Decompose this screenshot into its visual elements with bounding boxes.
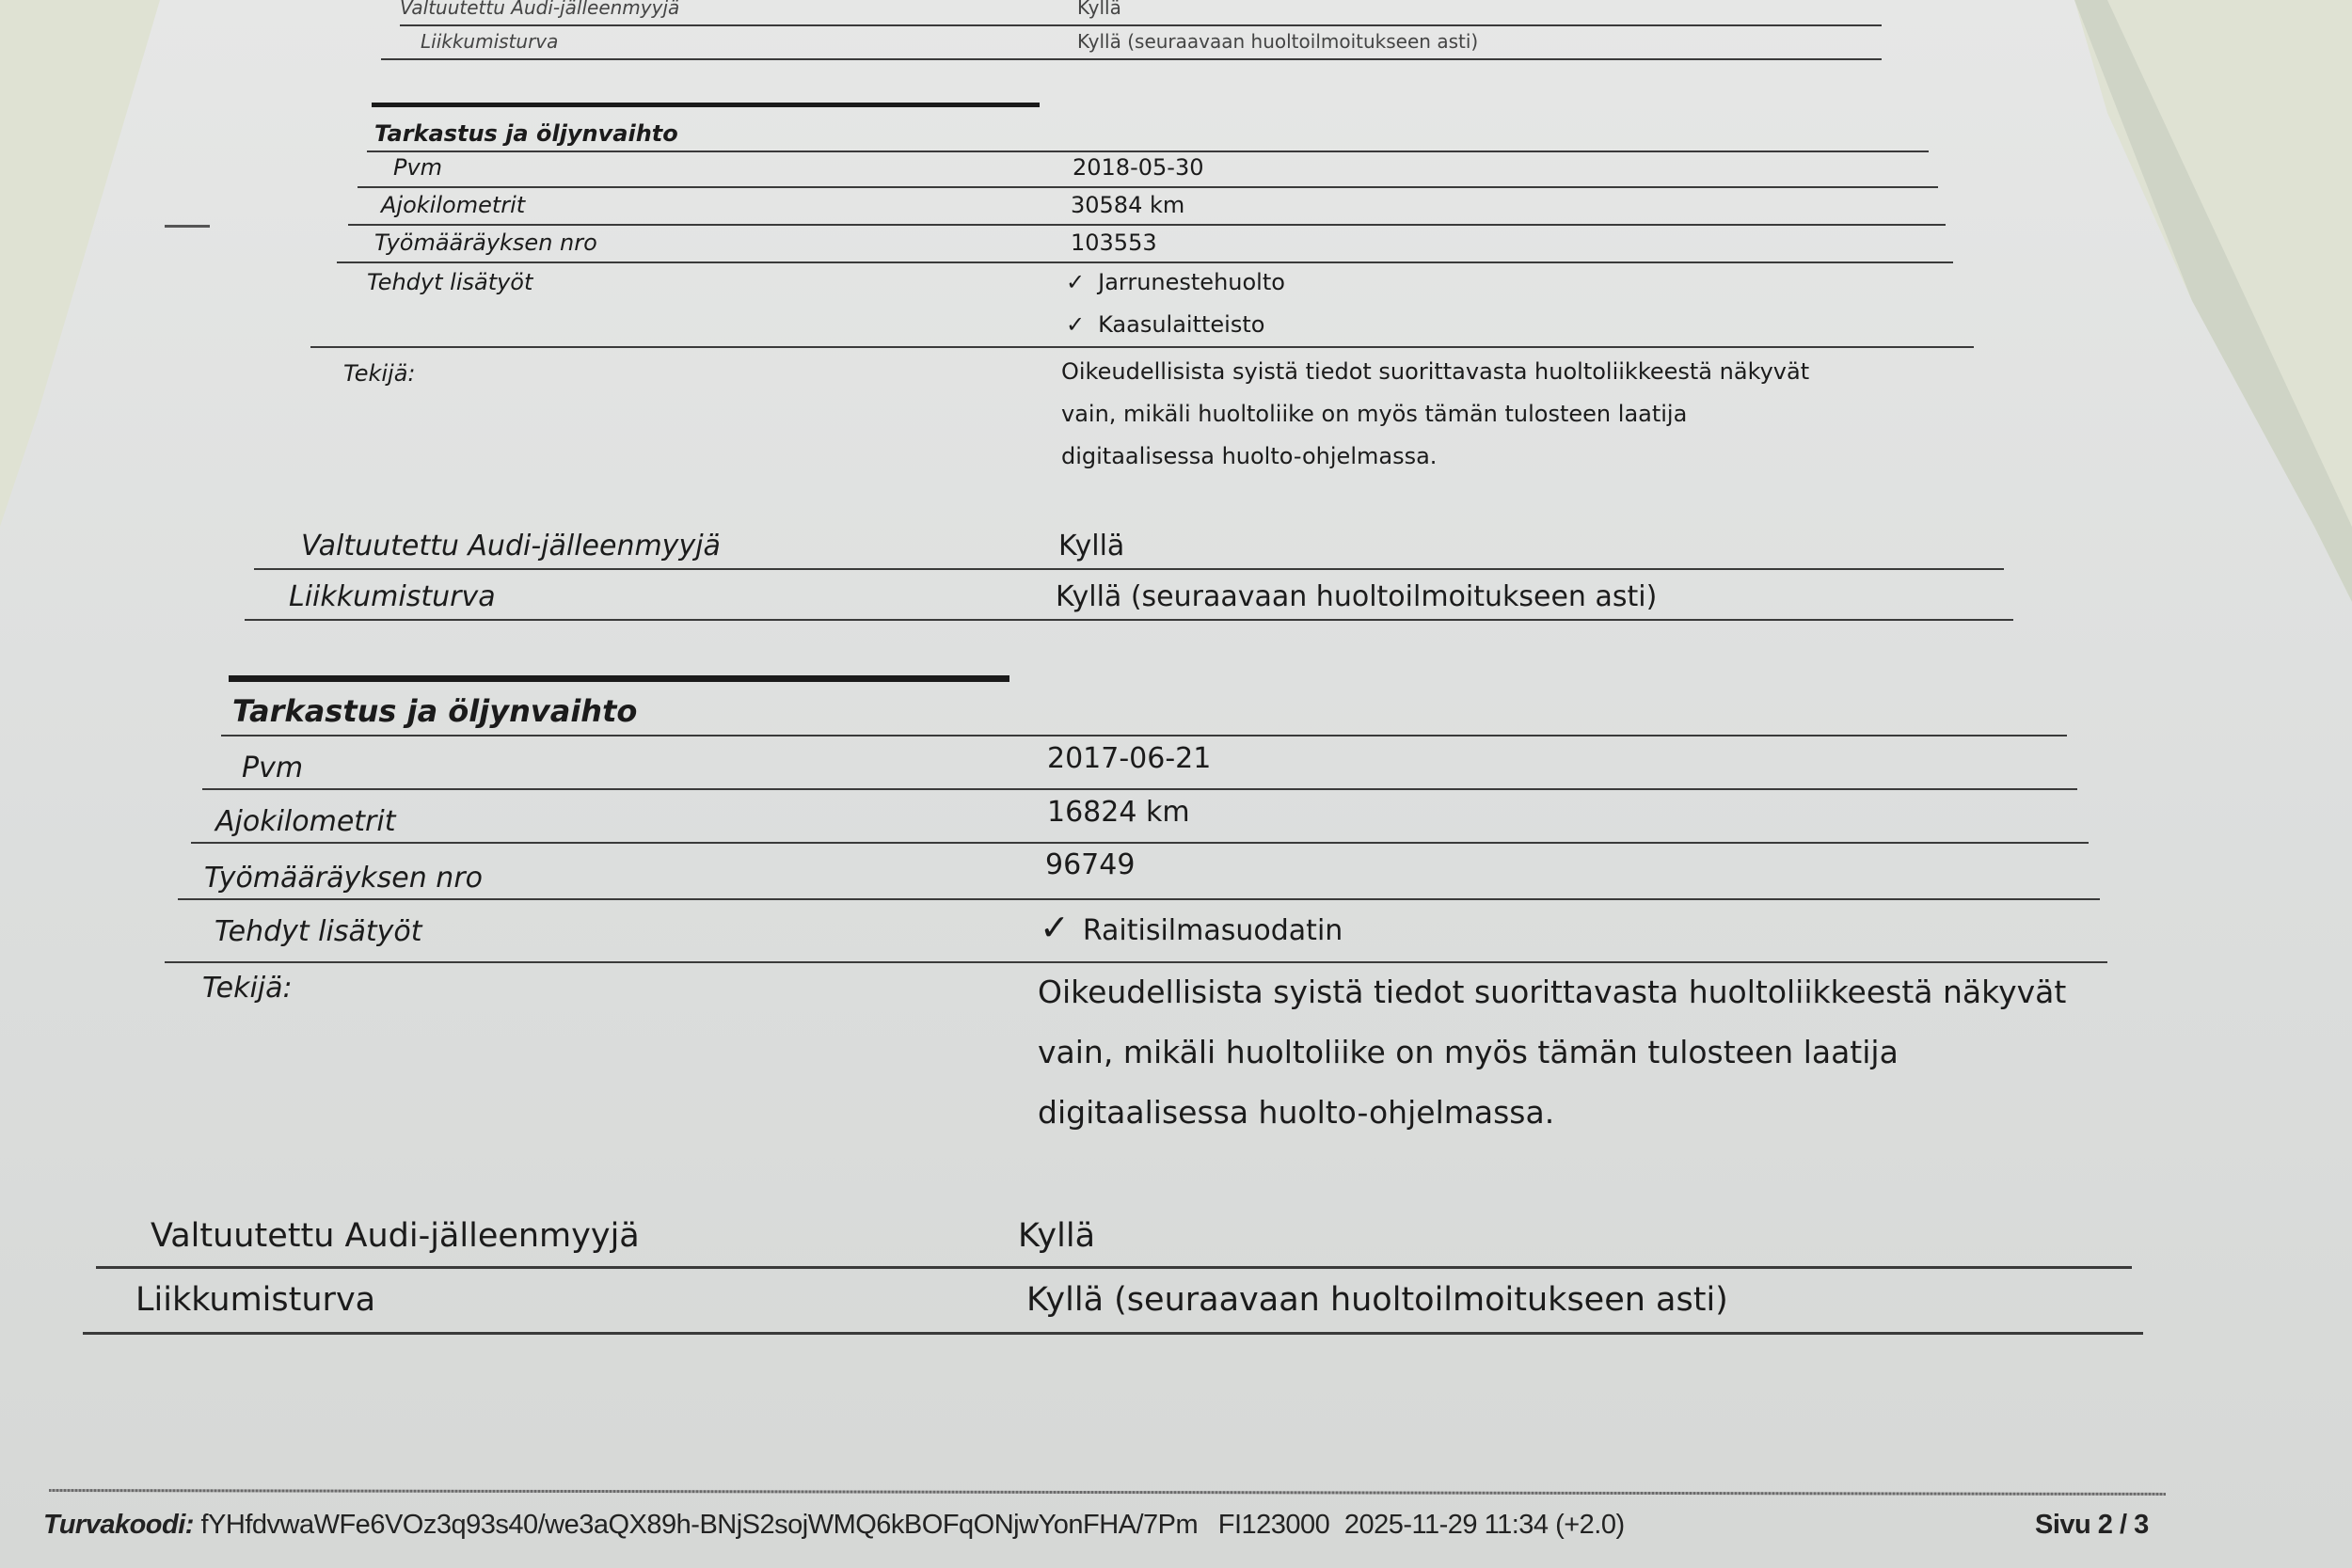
checkmark-icon: ✓ (1040, 907, 1070, 948)
performer-notice: Oikeudellisista syistä tiedot suorittava… (1061, 351, 1809, 478)
performer-label: Tekijä: (202, 972, 293, 1005)
security-code: fYHfdvwaWFe6VOz3q93s40/we3aQX89h-BNjS2so… (201, 1510, 1199, 1540)
row-date: Pvm 2017-06-21 (202, 735, 2077, 790)
row-label: Työmääräyksen nro (374, 230, 597, 256)
footer-security: Turvakoodi: fYHfdvwaWFe6VOz3q93s40/we3aQ… (43, 1510, 1625, 1541)
row-value: Kyllä (seuraavaan huoltoilmoitukseen ast… (1026, 1281, 1728, 1319)
notice-line: Oikeudellisista syistä tiedot suorittava… (1038, 962, 2066, 1022)
row-label: Valtuutettu Audi-jälleenmyyjä (400, 0, 679, 19)
row-label: Pvm (242, 752, 303, 784)
row-work-order: Työmääräyksen nro 103553 (337, 224, 1953, 263)
row-label: Tehdyt lisätyöt (367, 269, 532, 295)
print-timestamp: 2025-11-29 11:34 (+2.0) (1344, 1510, 1625, 1540)
row-value: Kyllä (seuraavaan huoltoilmoitukseen ast… (1077, 30, 1478, 53)
checkmark-icon: ✓ (1066, 311, 1085, 338)
row-extra-work: Tehdyt lisätyöt ✓Raitisilmasuodatin (165, 898, 2107, 963)
notice-line: digitaalisessa huolto-ohjelmassa. (1061, 436, 1809, 478)
section-service-2018: Tarkastus ja öljynvaihto Pvm 2018-05-30 … (310, 99, 1938, 475)
section-divider (372, 103, 1040, 107)
section-title: Tarkastus ja öljynvaihto (232, 693, 637, 729)
row-authorized-dealer: Valtuutettu Audi-jälleenmyyjä Kyllä (96, 1204, 2132, 1269)
security-code-label: Turvakoodi: (43, 1510, 194, 1540)
row-mobility-guarantee: Liikkumisturva Kyllä (seuraavaan huoltoi… (381, 24, 1882, 60)
row-mobility-guarantee: Liikkumisturva Kyllä (seuraavaan huoltoi… (245, 568, 2013, 621)
row-label: Valtuutettu Audi-jälleenmyyjä (301, 530, 721, 562)
section-title-row: Tarkastus ja öljynvaihto (367, 108, 1929, 152)
row-label: Pvm (393, 154, 442, 181)
row-value: Kyllä (1058, 530, 1124, 562)
section-divider (229, 675, 1009, 682)
row-date: Pvm 2018-05-30 (358, 150, 1938, 188)
checkmark-icon: ✓ (1066, 269, 1085, 295)
extra-work-label: Kaasulaitteisto (1098, 311, 1264, 338)
dealer-code: FI123000 (1218, 1510, 1330, 1540)
row-label: Työmääräyksen nro (204, 862, 483, 895)
notice-line: Oikeudellisista syistä tiedot suorittava… (1061, 351, 1809, 393)
row-label: Liikkumisturva (289, 580, 496, 613)
extra-work-item: ✓Jarrunestehuolto (1066, 269, 1285, 295)
row-mileage: Ajokilometrit 16824 km (191, 788, 2089, 844)
extra-work-label: Jarrunestehuolto (1098, 269, 1285, 295)
section-dealer-top: Valtuutettu Audi-jälleenmyyjä Kyllä Liik… (381, 0, 1882, 60)
row-work-order: Työmääräyksen nro 96749 (178, 842, 2100, 900)
row-label: Valtuutettu Audi-jälleenmyyjä (151, 1217, 640, 1255)
extra-work-item: ✓Kaasulaitteisto (1066, 311, 1264, 338)
notice-line: digitaalisessa huolto-ohjelmassa. (1038, 1083, 2066, 1143)
row-value: 16824 km (1047, 796, 1190, 829)
section-dealer-2017: Valtuutettu Audi-jälleenmyyjä Kyllä Liik… (83, 1204, 2143, 1336)
extra-work-label: Raitisilmasuodatin (1083, 914, 1343, 947)
row-value: Kyllä (1077, 0, 1121, 19)
margin-mark (165, 225, 210, 228)
row-value: 2018-05-30 (1073, 154, 1203, 181)
row-value: Kyllä (1018, 1217, 1095, 1255)
row-value: 96749 (1045, 848, 1135, 881)
notice-line: vain, mikäli huoltoliike on myös tämän t… (1038, 1022, 2066, 1083)
row-mileage: Ajokilometrit 30584 km (348, 186, 1946, 226)
extra-work-item: ✓Raitisilmasuodatin (1040, 907, 1343, 948)
page-number: Sivu 2 / 3 (2035, 1510, 2149, 1541)
row-label: Tehdyt lisätyöt (215, 915, 422, 948)
row-label: Ajokilometrit (215, 805, 395, 838)
row-label: Liikkumisturva (421, 30, 558, 53)
row-value: 103553 (1071, 230, 1157, 256)
performer-notice: Oikeudellisista syistä tiedot suorittava… (1038, 962, 2066, 1143)
row-value: 2017-06-21 (1047, 742, 1211, 775)
section-title: Tarkastus ja öljynvaihto (374, 120, 678, 147)
row-value: Kyllä (seuraavaan huoltoilmoitukseen ast… (1056, 580, 1657, 613)
row-label: Liikkumisturva (135, 1281, 375, 1319)
row-authorized-dealer: Valtuutettu Audi-jälleenmyyjä Kyllä (400, 0, 1882, 26)
row-value: 30584 km (1071, 192, 1184, 218)
section-dealer-2018: Valtuutettu Audi-jälleenmyyjä Kyllä Liik… (245, 517, 2013, 621)
row-label: Ajokilometrit (381, 192, 525, 218)
notice-line: vain, mikäli huoltoliike on myös tämän t… (1061, 393, 1809, 436)
row-mobility-guarantee: Liikkumisturva Kyllä (seuraavaan huoltoi… (83, 1266, 2143, 1335)
row-extra-work: Tehdyt lisätyöt ✓Jarrunestehuolto ✓Kaasu… (310, 261, 1974, 348)
section-service-2017: Tarkastus ja öljynvaihto Pvm 2017-06-21 … (165, 675, 2074, 1146)
section-title-row: Tarkastus ja öljynvaihto (221, 683, 2067, 736)
row-authorized-dealer: Valtuutettu Audi-jälleenmyyjä Kyllä (254, 517, 2004, 570)
performer-label: Tekijä: (343, 360, 416, 387)
